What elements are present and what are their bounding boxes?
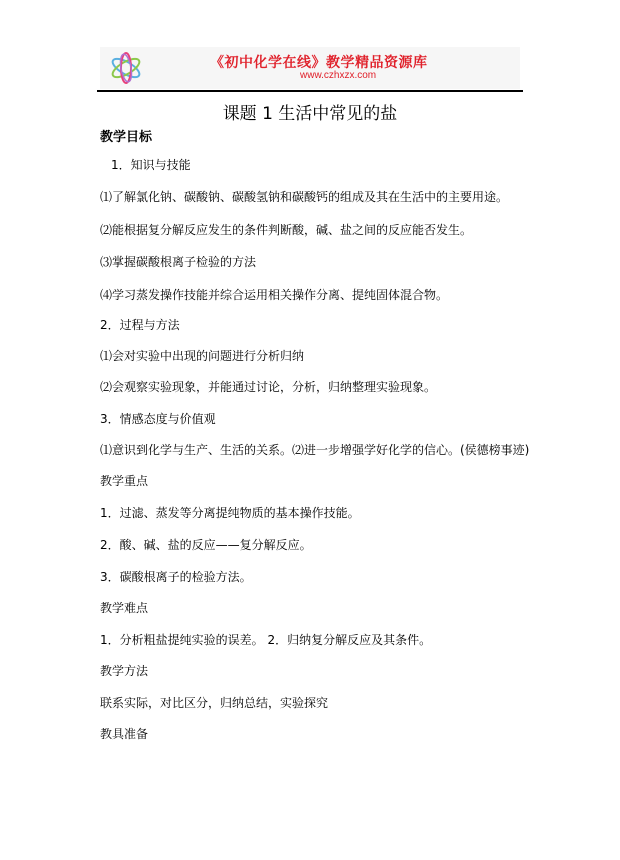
text-line: ⑵会观察实验现象，并能通过讨论，分析，归纳整理实验现象。 <box>100 380 436 394</box>
text-line: ⑴意识到化学与生产、生活的关系。⑵进一步增强学好化学的信心。(侯德榜事迹) <box>100 443 529 457</box>
text-line: ⑴会对实验中出现的问题进行分析归纳 <box>100 349 304 363</box>
text-line: 教具准备 <box>100 727 148 741</box>
text-line: 教学方法 <box>100 664 148 678</box>
text-line: 2．过程与方法 <box>100 318 180 332</box>
text-line: 3．碳酸根离子的检验方法。 <box>100 570 252 584</box>
text-line: 1．知识与技能 <box>111 158 191 172</box>
document-title: 课题 1 生活中常见的盐 <box>0 99 620 124</box>
text-line: 联系实际，对比区分，归纳总结，实验探究 <box>100 696 328 710</box>
document-page: 《初中化学在线》教学精品资源库 www.czhxzx.com 课题 1 生活中常… <box>0 0 620 860</box>
text-line: 1．过滤、蒸发等分离提纯物质的基本操作技能。 <box>100 506 360 520</box>
header-divider <box>97 90 523 92</box>
text-line: ⑴了解氯化钠、碳酸钠、碳酸氢钠和碳酸钙的组成及其在生活中的主要用途。 <box>100 190 508 204</box>
text-line: 1．分析粗盐提纯实验的误差。 2．归纳复分解反应及其条件。 <box>100 633 431 647</box>
text-line: 教学重点 <box>100 474 148 488</box>
banner-url: www.czhxzx.com <box>300 70 376 81</box>
text-line: ⑵能根据复分解反应发生的条件判断酸，碱、盐之间的反应能否发生。 <box>100 223 472 237</box>
atom-logo-icon <box>108 50 144 86</box>
text-line: 2．酸、碱、盐的反应——复分解反应。 <box>100 538 312 552</box>
section-heading: 教学目标 <box>100 131 152 145</box>
text-line: ⑶掌握碳酸根离子检验的方法 <box>100 255 256 269</box>
header-banner: 《初中化学在线》教学精品资源库 www.czhxzx.com <box>100 47 520 89</box>
text-line: 3．情感态度与价值观 <box>100 412 216 426</box>
banner-title: 《初中化学在线》教学精品资源库 <box>210 52 428 72</box>
text-line: ⑷学习蒸发操作技能并综合运用相关操作分离、提纯固体混合物。 <box>100 288 448 302</box>
text-line: 教学难点 <box>100 601 148 615</box>
